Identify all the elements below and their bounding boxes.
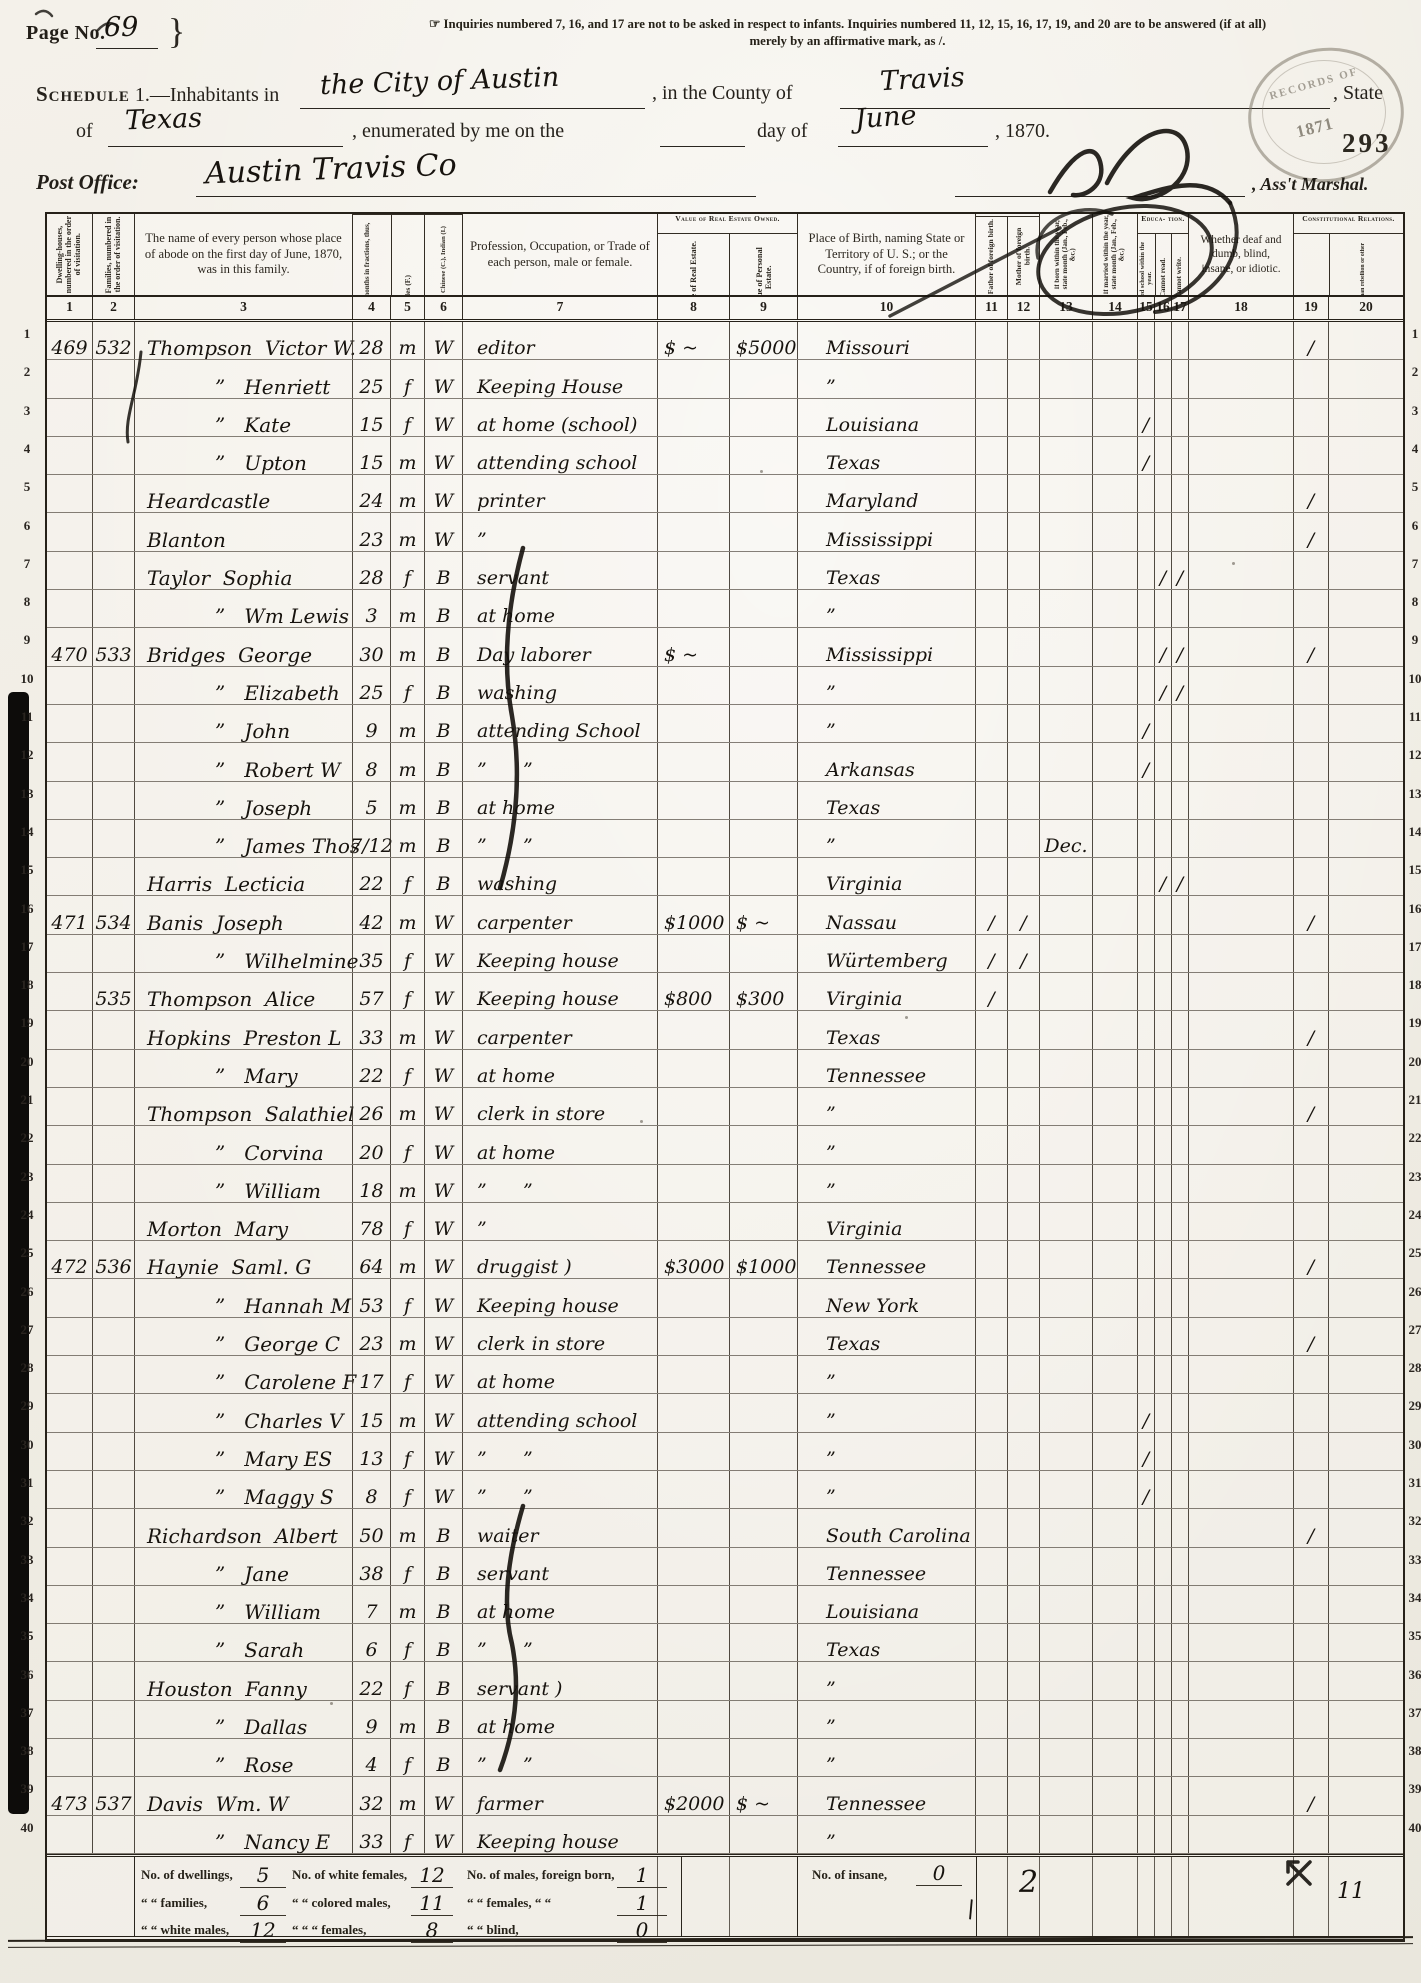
footer-value-text: 1 (636, 1863, 649, 1887)
table-row: ” Joseph5mBat homeTexas (47, 782, 1403, 820)
cell-male-citizen-denied (1328, 1011, 1403, 1048)
column-number-18: 18 (1188, 297, 1293, 319)
cell-deaf-dumb (1188, 1701, 1293, 1738)
cell-person-name-text: Richardson Albert (147, 1526, 338, 1546)
cell-cannot-read (1154, 1356, 1171, 1393)
cell-sex-text: m (398, 1182, 416, 1201)
cell-person-name-text: ” Mary (215, 1066, 298, 1086)
cell-cannot-read (1154, 1777, 1171, 1814)
census-table: Dwelling-houses, numbered in the order o… (45, 212, 1405, 1942)
cell-married-month (1092, 1662, 1137, 1699)
cell-person-name-text: Houston Fanny (147, 1679, 307, 1699)
cell-sex: f (390, 1356, 424, 1393)
cell-mother-foreign (1007, 1662, 1039, 1699)
cell-occupation: ” ” (462, 1471, 657, 1508)
cell-attended-school (1137, 1165, 1154, 1202)
cell-person-name-text: ” John (215, 721, 290, 741)
row-number-right: 27 (1402, 1322, 1421, 1338)
cell-color-text: B (437, 1680, 451, 1699)
cell-mother-foreign (1007, 1279, 1039, 1316)
cell-person-name: Bridges George (134, 628, 352, 665)
cell-mother-foreign-text: / (1020, 914, 1026, 933)
cell-deaf-dumb (1188, 1241, 1293, 1278)
cell-personal-estate-value (729, 820, 797, 857)
cell-male-citizen-21 (1293, 1739, 1328, 1776)
cell-male-citizen-21 (1293, 399, 1328, 436)
cell-occupation: at home (462, 1701, 657, 1738)
cell-personal-estate-value (729, 935, 797, 972)
cell-cannot-write (1171, 513, 1188, 550)
cell-color: W (424, 1088, 462, 1125)
cell-color-text: W (434, 416, 454, 435)
cell-male-citizen-21: / (1293, 1509, 1328, 1546)
cell-sex: m (390, 820, 424, 857)
cell-dwelling-number (47, 1471, 92, 1508)
header-father-foreign: Father of foreign birth. (976, 217, 1007, 295)
cell-age-text: 4 (365, 1756, 377, 1775)
cell-occupation-text: ” (477, 531, 487, 550)
column-number-5: 5 (390, 297, 424, 319)
footer-column-line (1007, 1857, 1008, 1936)
cell-birth-month (1039, 743, 1092, 780)
cell-attended-school (1137, 360, 1154, 397)
column-number-16: 16 (1154, 297, 1171, 319)
cell-birth-month (1039, 1548, 1092, 1585)
cell-mother-foreign (1007, 552, 1039, 589)
cell-sex: f (390, 399, 424, 436)
cell-attended-school-text: / (1143, 454, 1149, 473)
cell-occupation-text: ” ” (477, 1450, 533, 1469)
cell-deaf-dumb (1188, 1394, 1293, 1431)
cell-cannot-write-text: / (1177, 684, 1183, 703)
cell-person-name-text: Taylor Sophia (147, 568, 292, 588)
cell-cannot-write (1171, 1586, 1188, 1623)
line2-mid: , enumerated by me on the (352, 120, 564, 143)
footer-column-line (729, 1857, 730, 1936)
row-number-left: 39 (14, 1781, 40, 1797)
cell-male-citizen-21: / (1293, 513, 1328, 550)
cell-attended-school: / (1137, 437, 1154, 474)
cell-cannot-write: / (1171, 667, 1188, 704)
cell-birth-month (1039, 1816, 1092, 1853)
cell-male-citizen-21 (1293, 1126, 1328, 1163)
cell-deaf-dumb (1188, 935, 1293, 972)
cell-mother-foreign (1007, 1241, 1039, 1278)
header-group-constitutional: Constitutional Relations. Male Citizens … (1293, 214, 1403, 295)
cell-dwelling-number (47, 437, 92, 474)
cell-age-text: 78 (359, 1220, 383, 1239)
header-occupation: Profession, Occupation, or Trade of each… (462, 214, 657, 295)
cell-father-foreign (975, 628, 1007, 665)
cell-cannot-write (1171, 705, 1188, 742)
cell-family-number (92, 1279, 134, 1316)
cell-cannot-write (1171, 1624, 1188, 1661)
cell-color-text: B (437, 1527, 451, 1546)
cell-male-citizen-denied (1328, 1816, 1403, 1853)
cell-person-name: ” William (134, 1165, 352, 1202)
cell-birthplace: Maryland (797, 475, 975, 512)
cell-sex: f (390, 1471, 424, 1508)
cell-real-estate-value (657, 782, 729, 819)
cell-color: W (424, 935, 462, 972)
cell-occupation-text: farmer (477, 1795, 543, 1814)
cell-person-name: ” Charles V (134, 1394, 352, 1431)
cell-family-number (92, 820, 134, 857)
cell-occupation: printer (462, 475, 657, 512)
cell-birthplace-text: Tennessee (826, 1795, 926, 1814)
cell-family-number (92, 1548, 134, 1585)
page-no-label: Page No. (26, 22, 106, 45)
cell-personal-estate-value (729, 1471, 797, 1508)
row-number-left: 14 (14, 824, 40, 840)
cell-cannot-read (1154, 1816, 1171, 1853)
cell-male-citizen-21 (1293, 667, 1328, 704)
cell-cannot-read: / (1154, 858, 1171, 895)
cell-father-foreign (975, 1050, 1007, 1087)
table-row: ” Robert W8mB” ”Arkansas/ (47, 743, 1403, 781)
cell-birth-month (1039, 1356, 1092, 1393)
cell-married-month (1092, 1739, 1137, 1776)
cell-cannot-write (1171, 1203, 1188, 1240)
cell-male-citizen-21 (1293, 1662, 1328, 1699)
cell-birth-month (1039, 705, 1092, 742)
cell-age-text: 22 (359, 875, 383, 894)
cell-deaf-dumb (1188, 1662, 1293, 1699)
cell-occupation-text: at home (477, 1144, 555, 1163)
cell-person-name-text: ” Kate (215, 415, 291, 435)
cell-deaf-dumb (1188, 1088, 1293, 1125)
cell-occupation-text: attending school (477, 1412, 637, 1431)
header-cannot-read: Cannot read. (1155, 234, 1172, 295)
table-row: Richardson Albert50mBwaiterSouth Carolin… (47, 1509, 1403, 1547)
cell-cannot-write (1171, 1701, 1188, 1738)
cell-male-citizen-21-text: / (1308, 531, 1314, 550)
cell-personal-estate-value (729, 1662, 797, 1699)
insane-value: 0 (916, 1861, 962, 1886)
cell-attended-school (1137, 1548, 1154, 1585)
cell-male-citizen-21-text: / (1308, 1258, 1314, 1277)
cell-cannot-write (1171, 1165, 1188, 1202)
cell-male-citizen-21 (1293, 1816, 1328, 1853)
cell-father-foreign (975, 1241, 1007, 1278)
cell-family-number-text: 537 (95, 1795, 131, 1814)
cell-occupation: waiter (462, 1509, 657, 1546)
cell-personal-estate-value: $ ~ (729, 1777, 797, 1814)
cell-real-estate-value-text: $3000 (664, 1258, 724, 1277)
cell-dwelling-number (47, 1624, 92, 1661)
cell-real-estate-value-text: $2000 (664, 1795, 724, 1814)
cell-person-name-text: Heardcastle (147, 491, 270, 511)
cell-sex: f (390, 935, 424, 972)
cell-sex-text: m (398, 799, 416, 818)
cell-deaf-dumb (1188, 1548, 1293, 1585)
cell-age: 6 (352, 1624, 390, 1661)
cell-person-name: ” Henriett (134, 360, 352, 397)
cell-occupation-text: at home (477, 607, 555, 626)
cell-color: W (424, 1318, 462, 1355)
cell-birth-month (1039, 1165, 1092, 1202)
cell-color-text: B (437, 1565, 451, 1584)
table-row: ” William18mW” ”” (47, 1165, 1403, 1203)
cell-personal-estate-value (729, 475, 797, 512)
cell-birth-month (1039, 399, 1092, 436)
header-group-education: Educa- tion. Attended school within the … (1137, 214, 1188, 295)
cell-male-citizen-21 (1293, 1433, 1328, 1470)
cell-age: 25 (352, 360, 390, 397)
cell-father-foreign-text: / (988, 914, 994, 933)
cell-male-citizen-21: / (1293, 628, 1328, 665)
cell-cannot-read (1154, 896, 1171, 933)
cell-person-name: Heardcastle (134, 475, 352, 512)
cell-cannot-read (1154, 1050, 1171, 1087)
cell-age: 22 (352, 858, 390, 895)
cell-birthplace: ” (797, 1739, 975, 1776)
cell-color: W (424, 896, 462, 933)
cell-cannot-write (1171, 399, 1188, 436)
cell-birth-month (1039, 322, 1092, 359)
table-row: ” Nancy E33fWKeeping house” (47, 1816, 1403, 1854)
cell-attended-school-text: / (1143, 761, 1149, 780)
instructions-line1: ☞ Inquiries numbered 7, 16, and 17 are n… (295, 16, 1400, 33)
table-row: Houston Fanny22fBservant )” (47, 1662, 1403, 1700)
row-number-left: 11 (14, 709, 40, 725)
cell-mother-foreign (1007, 590, 1039, 627)
cell-birthplace-text: ” (826, 607, 836, 626)
cell-color: W (424, 360, 462, 397)
cell-sex-text: m (398, 1603, 416, 1622)
cell-male-citizen-denied (1328, 1241, 1403, 1278)
cell-age: 7/12 (352, 820, 390, 857)
cell-color: W (424, 437, 462, 474)
cell-sex: m (390, 743, 424, 780)
cell-dwelling-number: 470 (47, 628, 92, 665)
cell-dwelling-number (47, 935, 92, 972)
cell-color-text: W (434, 990, 454, 1009)
cell-father-foreign (975, 667, 1007, 704)
cell-father-foreign (975, 360, 1007, 397)
cell-color-text: W (434, 952, 454, 971)
cell-male-citizen-21 (1293, 590, 1328, 627)
cell-sex: f (390, 1203, 424, 1240)
cell-sex: m (390, 1777, 424, 1814)
signature-blank-line (955, 196, 1245, 197)
cell-male-citizen-21: / (1293, 1088, 1328, 1125)
cell-occupation-text: attending school (477, 454, 637, 473)
cell-married-month (1092, 1394, 1137, 1431)
header-dwelling-label: Dwelling-houses, numbered in the order o… (56, 215, 83, 294)
header-mother-foreign-label: Mother of foreign birth. (1015, 218, 1032, 294)
cell-male-citizen-denied (1328, 628, 1403, 665)
cell-age: 50 (352, 1509, 390, 1546)
cell-mother-foreign (1007, 399, 1039, 436)
cell-mother-foreign (1007, 858, 1039, 895)
table-row: ” Sarah6fB” ”Texas (47, 1624, 1403, 1662)
cell-occupation-text: at home (477, 1373, 555, 1392)
cell-deaf-dumb (1188, 628, 1293, 665)
cell-real-estate-value-text: $ ~ (664, 646, 698, 665)
cell-deaf-dumb (1188, 1739, 1293, 1776)
cell-cannot-read (1154, 935, 1171, 972)
row-number-right: 21 (1402, 1092, 1421, 1108)
cell-dwelling-number (47, 1356, 92, 1393)
footer-value: 1 (617, 1863, 667, 1888)
cell-personal-estate-value (729, 552, 797, 589)
cell-family-number (92, 1586, 134, 1623)
cell-cannot-read: / (1154, 667, 1171, 704)
cell-age: 20 (352, 1126, 390, 1163)
header-mother-foreign: Mother of foreign birth. (1007, 217, 1039, 295)
cell-occupation: ” (462, 513, 657, 550)
cell-married-month (1092, 590, 1137, 627)
cell-family-number (92, 782, 134, 819)
cell-birth-month (1039, 1624, 1092, 1661)
cell-cannot-read (1154, 1279, 1171, 1316)
table-row: Harris Lecticia22fBwashingVirginia// (47, 858, 1403, 896)
cell-attended-school (1137, 628, 1154, 665)
cell-dwelling-number-text: 472 (51, 1258, 87, 1277)
cell-male-citizen-21-text: / (1308, 914, 1314, 933)
cell-dwelling-number (47, 820, 92, 857)
cell-age-text: 8 (365, 1488, 377, 1507)
cell-father-foreign (975, 1739, 1007, 1776)
row-number-left: 33 (14, 1552, 40, 1568)
cell-real-estate-value (657, 1279, 729, 1316)
cell-personal-estate-value (729, 590, 797, 627)
cell-real-estate-value (657, 1318, 729, 1355)
cell-dwelling-number (47, 1126, 92, 1163)
cell-age: 8 (352, 743, 390, 780)
cell-age-text: 6 (365, 1641, 377, 1660)
cell-dwelling-number-text: 473 (51, 1795, 87, 1814)
cell-birth-month (1039, 1777, 1092, 1814)
cell-family-number-text: 535 (95, 990, 131, 1009)
row-number-left: 28 (14, 1360, 40, 1376)
cell-dwelling-number (47, 1203, 92, 1240)
cell-birthplace-text: Tennessee (826, 1565, 926, 1584)
cell-cannot-read (1154, 1548, 1171, 1585)
cell-dwelling-number (47, 360, 92, 397)
cell-age-text: 18 (359, 1182, 383, 1201)
cell-family-number (92, 705, 134, 742)
cell-color: B (424, 782, 462, 819)
cell-occupation: clerk in store (462, 1088, 657, 1125)
cell-personal-estate-value (729, 858, 797, 895)
cell-married-month (1092, 437, 1137, 474)
cell-birth-month (1039, 1701, 1092, 1738)
cell-father-foreign (975, 1011, 1007, 1048)
cell-real-estate-value (657, 743, 729, 780)
table-row: ” Kate15fWat home (school)Louisiana/ (47, 399, 1403, 437)
cell-married-month (1092, 1548, 1137, 1585)
cell-occupation-text: carpenter (477, 1029, 572, 1048)
cell-occupation: Keeping house (462, 973, 657, 1010)
cell-birth-month (1039, 1126, 1092, 1163)
cell-cannot-write (1171, 1471, 1188, 1508)
line2-dayof: day of (757, 120, 808, 143)
cell-sex-text: m (398, 492, 416, 511)
row-number-left: 10 (14, 671, 40, 687)
footer-label: “ “ white males, (141, 1922, 229, 1938)
cell-color-text: W (434, 339, 454, 358)
day-blank-line (660, 146, 745, 147)
row-number-left: 27 (14, 1322, 40, 1338)
cell-cannot-write (1171, 1433, 1188, 1470)
post-office-blank-line (196, 196, 756, 197)
cell-occupation-text: servant (477, 569, 549, 588)
cell-attended-school (1137, 1739, 1154, 1776)
cell-real-estate-value: $ ~ (657, 322, 729, 359)
table-row: Heardcastle24mWprinterMaryland/ (47, 475, 1403, 513)
header-birth-month-label: If born within the year, state month (Ja… (1054, 215, 1077, 294)
cell-birthplace-text: Mississippi (826, 646, 933, 665)
cell-color-text: W (434, 1220, 454, 1239)
cell-sex: m (390, 628, 424, 665)
cell-male-citizen-denied (1328, 705, 1403, 742)
cell-male-citizen-denied (1328, 1662, 1403, 1699)
cell-dwelling-number (47, 743, 92, 780)
cell-married-month (1092, 705, 1137, 742)
cell-personal-estate-value (729, 1624, 797, 1661)
footer-value-text: 11 (419, 1891, 444, 1915)
row-number-right: 2 (1402, 364, 1421, 380)
cell-cannot-write (1171, 1509, 1188, 1546)
cell-occupation: ” ” (462, 1433, 657, 1470)
cell-birthplace-text: Texas (826, 454, 880, 473)
cell-attended-school (1137, 590, 1154, 627)
state-blank-line (108, 146, 343, 147)
cell-sex-text: f (404, 1144, 411, 1163)
cell-deaf-dumb (1188, 1126, 1293, 1163)
cell-color: W (424, 1050, 462, 1087)
cell-personal-estate-value (729, 743, 797, 780)
cell-cannot-read (1154, 1586, 1171, 1623)
cell-deaf-dumb (1188, 1165, 1293, 1202)
column-number-14: 14 (1092, 297, 1137, 319)
row-number-left: 7 (14, 556, 40, 572)
cell-real-estate-value (657, 1203, 729, 1240)
row-number-right: 7 (1402, 556, 1421, 572)
cell-occupation: at home (462, 1586, 657, 1623)
cell-male-citizen-21 (1293, 1548, 1328, 1585)
cell-color: W (424, 1356, 462, 1393)
footer-label: No. of males, foreign born, (467, 1867, 614, 1883)
cell-real-estate-value (657, 1624, 729, 1661)
cell-cannot-read (1154, 1739, 1171, 1776)
cell-birthplace: Louisiana (797, 399, 975, 436)
cell-deaf-dumb (1188, 896, 1293, 933)
footer-value-text: 1 (636, 1891, 649, 1915)
cell-male-citizen-21 (1293, 1624, 1328, 1661)
cell-birthplace: Louisiana (797, 1586, 975, 1623)
row-number-left: 38 (14, 1743, 40, 1759)
cell-birthplace: ” (797, 1471, 975, 1508)
cell-father-foreign (975, 1701, 1007, 1738)
cell-deaf-dumb (1188, 1624, 1293, 1661)
cell-father-foreign (975, 1165, 1007, 1202)
cell-occupation-text: at home (school) (477, 416, 637, 435)
cell-birth-month-text: Dec. (1044, 837, 1087, 856)
cell-person-name: Davis Wm. W (134, 1777, 352, 1814)
cell-married-month (1092, 1701, 1137, 1738)
cell-occupation-text: waiter (477, 1527, 539, 1546)
row-number-right: 28 (1402, 1360, 1421, 1376)
row-number-left: 20 (14, 1054, 40, 1070)
cell-cannot-read (1154, 360, 1171, 397)
cell-mother-foreign-text: / (1020, 952, 1026, 971)
cell-sex: f (390, 1433, 424, 1470)
cell-birth-month (1039, 1509, 1092, 1546)
cell-married-month (1092, 935, 1137, 972)
